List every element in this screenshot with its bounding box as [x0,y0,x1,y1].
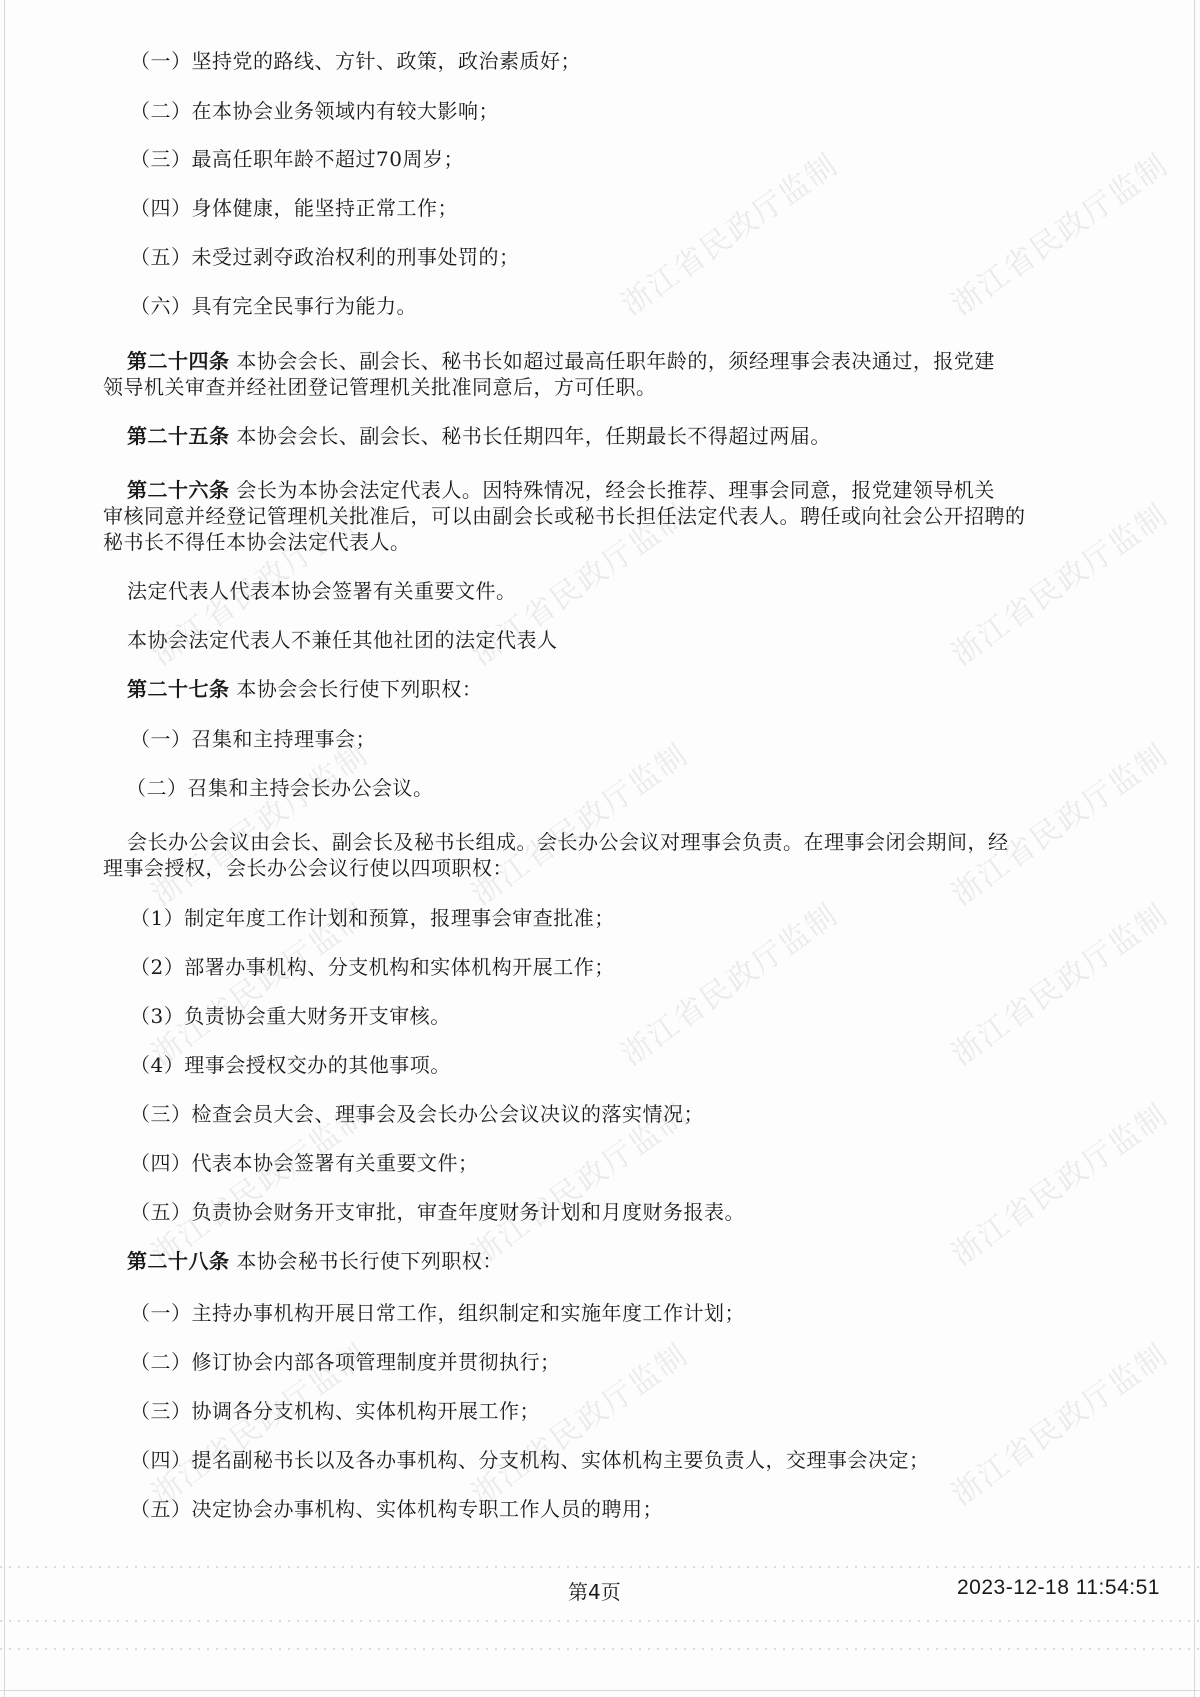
paragraph-line: （一）召集和主持理事会； [130,726,376,752]
paragraph-line: （一）坚持党的路线、方针、政策，政治素质好； [130,48,581,74]
scan-noise [0,1648,1200,1650]
line-text: （二）召集和主持会长办公会议。 [126,776,434,800]
line-text: （四）提名副秘书长以及各办事机构、分支机构、实体机构主要负责人，交理事会决定； [130,1448,930,1472]
watermark-text: 浙江省民政厅监制 [611,891,846,1074]
paragraph-line: （五）决定协会办事机构、实体机构专职工作人员的聘用； [130,1496,663,1522]
article-paragraph-line: 第二十五条 本协会会长、副会长、秘书长任期四年，任期最长不得超过两届。 [127,423,831,449]
article-paragraph-line: 第二十四条 本协会会长、副会长、秘书长如超过最高任职年龄的，须经理事会表决通过，… [127,348,995,374]
paragraph-line: 理事会授权，会长办公会议行使以四项职权： [103,855,513,881]
article-paragraph-line: 第二十六条 会长为本协会法定代表人。因特殊情况，经会长推荐、理事会同意，报党建领… [127,477,995,503]
paragraph-line: （二）召集和主持会长办公会议。 [126,775,434,801]
line-text: （二）修订协会内部各项管理制度并贯彻执行； [130,1350,561,1374]
paragraph-line: （五）负责协会财务开支审批，审查年度财务计划和月度财务报表。 [130,1199,745,1225]
line-text: （4）理事会授权交办的其他事项。 [130,1053,451,1077]
line-text: （五）决定协会办事机构、实体机构专职工作人员的聘用； [130,1497,663,1521]
line-text: （四）代表本协会签署有关重要文件； [130,1151,479,1175]
scan-noise [0,1566,1200,1568]
paragraph-line: 秘书长不得任本协会法定代表人。 [103,529,411,555]
line-text: （六）具有完全民事行为能力。 [130,294,417,318]
line-text: 本协会会长、副会长、秘书长任期四年，任期最长不得超过两届。 [230,424,831,448]
line-text: （五）未受过剥夺政治权利的刑事处罚的； [130,245,520,269]
line-text: 审核同意并经登记管理机关批准后，可以由副会长或秘书长担任法定代表人。聘任或向社会… [103,504,1026,528]
line-text: （三）协调各分支机构、实体机构开展工作； [130,1399,540,1423]
paragraph-line: （四）身体健康，能坚持正常工作； [130,195,458,221]
line-text: （3）负责协会重大财务开支审核。 [130,1004,451,1028]
paragraph-line: （二）在本协会业务领域内有较大影响； [130,98,499,124]
paragraph-line: （3）负责协会重大财务开支审核。 [130,1003,451,1029]
paragraph-line: （三）最高任职年龄不超过70周岁； [130,146,464,172]
article-paragraph-line: 第二十八条 本协会秘书长行使下列职权： [127,1248,503,1274]
line-text: （三）最高任职年龄不超过70周岁； [130,147,464,171]
paragraph-line: 法定代表人代表本协会签署有关重要文件。 [127,578,517,604]
print-timestamp: 2023-12-18 11:54:51 [957,1576,1160,1600]
paragraph-line: （三）检查会员大会、理事会及会长办公会议决议的落实情况； [130,1101,704,1127]
watermark-text: 浙江省民政厅监制 [461,731,696,914]
watermark-text: 浙江省民政厅监制 [941,731,1176,914]
line-text: （一）主持办事机构开展日常工作，组织制定和实施年度工作计划； [130,1301,745,1325]
paragraph-line: （六）具有完全民事行为能力。 [130,293,417,319]
paragraph-line: （五）未受过剥夺政治权利的刑事处罚的； [130,244,520,270]
paragraph-line: （2）部署办事机构、分支机构和实体机构开展工作； [130,954,615,980]
line-text: （一）召集和主持理事会； [130,727,376,751]
line-text: 本协会法定代表人不兼任其他社团的法定代表人 [127,628,558,652]
paragraph-line: （4）理事会授权交办的其他事项。 [130,1052,451,1078]
line-text: 本协会会长行使下列职权： [230,677,483,701]
line-text: 法定代表人代表本协会签署有关重要文件。 [127,579,517,603]
line-text: （四）身体健康，能坚持正常工作； [130,196,458,220]
paragraph-line: 领导机关审查并经社团登记管理机关批准同意后，方可任职。 [103,374,657,400]
line-text: （五）负责协会财务开支审批，审查年度财务计划和月度财务报表。 [130,1200,745,1224]
watermark-text: 浙江省民政厅监制 [941,1091,1176,1274]
paragraph-line: （1）制定年度工作计划和预算，报理事会审查批准； [130,905,615,931]
watermark-text: 浙江省民政厅监制 [941,1331,1176,1514]
watermark-text: 浙江省民政厅监制 [941,141,1176,324]
line-text: （2）部署办事机构、分支机构和实体机构开展工作； [130,955,615,979]
article-number: 第二十四条 [127,349,230,373]
line-text: 本协会会长、副会长、秘书长如超过最高任职年龄的，须经理事会表决通过，报党建 [230,349,995,373]
article-number: 第二十七条 [127,677,230,701]
article-number: 第二十五条 [127,424,230,448]
article-number: 第二十八条 [127,1249,230,1273]
paragraph-line: 会长办公会议由会长、副会长及秘书长组成。会长办公会议对理事会负责。在理事会闭会期… [127,829,1009,855]
line-text: 本协会秘书长行使下列职权： [230,1249,503,1273]
line-text: （二）在本协会业务领域内有较大影响； [130,99,499,123]
line-text: 秘书长不得任本协会法定代表人。 [103,530,411,554]
paragraph-line: （四）代表本协会签署有关重要文件； [130,1150,479,1176]
paragraph-line: （一）主持办事机构开展日常工作，组织制定和实施年度工作计划； [130,1300,745,1326]
line-text: 理事会授权，会长办公会议行使以四项职权： [103,856,513,880]
document-page: 浙江省民政厅监制浙江省民政厅监制浙江省民政厅监制浙江省民政厅监制浙江省民政厅监制… [0,0,1200,1697]
line-text: 领导机关审查并经社团登记管理机关批准同意后，方可任职。 [103,375,657,399]
line-text: （一）坚持党的路线、方针、政策，政治素质好； [130,49,581,73]
watermark-text: 浙江省民政厅监制 [941,891,1176,1074]
article-paragraph-line: 第二十七条 本协会会长行使下列职权： [127,676,482,702]
watermark-text: 浙江省民政厅监制 [141,731,376,914]
paragraph-line: （三）协调各分支机构、实体机构开展工作； [130,1398,540,1424]
line-text: 会长为本协会法定代表人。因特殊情况，经会长推荐、理事会同意，报党建领导机关 [230,478,995,502]
article-number: 第二十六条 [127,478,230,502]
page-border-bottom [0,1690,1200,1691]
page-number: 第4页 [568,1576,621,1605]
line-text: （三）检查会员大会、理事会及会长办公会议决议的落实情况； [130,1102,704,1126]
paragraph-line: 本协会法定代表人不兼任其他社团的法定代表人 [127,627,558,653]
scan-noise [0,1620,1200,1622]
page-border-right [1194,0,1195,1697]
paragraph-line: （二）修订协会内部各项管理制度并贯彻执行； [130,1349,561,1375]
page-border-left [4,0,5,1697]
paragraph-line: （四）提名副秘书长以及各办事机构、分支机构、实体机构主要负责人，交理事会决定； [130,1447,930,1473]
watermark-text: 浙江省民政厅监制 [611,141,846,324]
paragraph-line: 审核同意并经登记管理机关批准后，可以由副会长或秘书长担任法定代表人。聘任或向社会… [103,503,1026,529]
line-text: （1）制定年度工作计划和预算，报理事会审查批准； [130,906,615,930]
line-text: 会长办公会议由会长、副会长及秘书长组成。会长办公会议对理事会负责。在理事会闭会期… [127,830,1009,854]
